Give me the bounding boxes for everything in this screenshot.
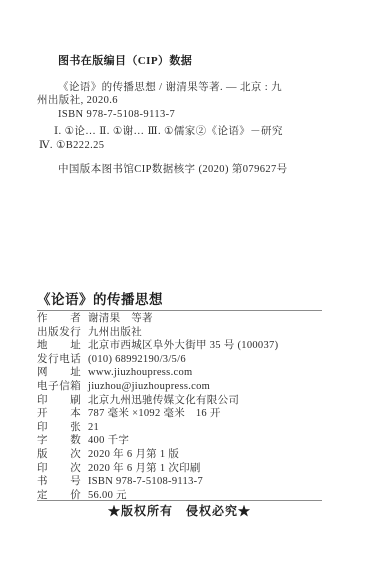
colophon-row-phone: 发行电话 (010) 68992190/3/5/6 [37,353,322,367]
colophon-row-label: 网址 [37,366,81,380]
colophon-row-label: 作者 [37,312,81,326]
colophon-row-value: 2020 年 6 月第 1 版 [88,448,322,462]
colophon-row-wordcount: 字数 400 千字 [37,434,322,448]
book-copyright-page: 图书在版编目（CIP）数据 《论语》的传播思想 / 谢清果等著. — 北京 : … [0,0,375,565]
colophon-row-value: 谢清果 等著 [88,312,322,326]
cip-data-block: 图书在版编目（CIP）数据 《论语》的传播思想 / 谢清果等著. — 北京 : … [37,55,325,177]
colophon-row-format: 开本 787 毫米 ×1092 毫米 16 开 [37,407,322,421]
colophon-row-value: www.jiuzhoupress.com [88,366,322,380]
copyright-notice: ★版权所有 侵权必究★ [37,504,322,519]
cip-entry-line-1: 《论语》的传播思想 / 谢清果等著. — 北京 : 九 [37,81,325,95]
colophon-row-email: 电子信箱 jiuzhou@jiuzhoupress.com [37,380,322,394]
colophon-row-value: 400 千字 [88,434,322,448]
colophon-row-value: jiuzhou@jiuzhoupress.com [88,380,322,394]
colophon-row-value: 北京九州迅驰传媒文化有限公司 [88,394,322,408]
colophon-row-edition: 版次 2020 年 6 月第 1 版 [37,448,322,462]
colophon-row-sheets: 印张 21 [37,421,322,435]
bottom-divider [37,500,322,501]
cip-classification-line-1: Ⅰ. ①论… Ⅱ. ①谢… Ⅲ. ①儒家②《论语》－研究 [37,125,325,139]
colophon-row-address: 地址 北京市西城区阜外大街甲 35 号 (100037) [37,339,322,353]
cip-isbn-line: ISBN 978-7-5108-9113-7 [37,108,325,122]
colophon-row-label: 印次 [37,462,81,476]
cip-heading: 图书在版编目（CIP）数据 [37,55,325,69]
colophon-row-website: 网址 www.jiuzhoupress.com [37,366,322,380]
colophon-row-label: 发行电话 [37,353,81,367]
colophon-row-publisher: 出版发行 九州出版社 [37,326,322,340]
cip-record-number-line: 中国版本图书馆CIP数据核字 (2020) 第079627号 [37,163,325,177]
cip-classification-line-2: Ⅳ. ①B222.25 [37,139,325,153]
colophon-row-printing: 印次 2020 年 6 月第 1 次印刷 [37,462,322,476]
colophon-row-label: 电子信箱 [37,380,81,394]
colophon-row-value: 北京市西城区阜外大街甲 35 号 (100037) [88,339,322,353]
colophon-row-isbn: 书号 ISBN 978-7-5108-9113-7 [37,475,322,489]
colophon-row-label: 印张 [37,421,81,435]
colophon-row-value: (010) 68992190/3/5/6 [88,353,322,367]
colophon-row-author: 作者 谢清果 等著 [37,312,322,326]
colophon-row-value: ISBN 978-7-5108-9113-7 [88,475,322,489]
colophon-row-label: 印刷 [37,394,81,408]
colophon-row-value: 21 [88,421,322,435]
colophon-row-value: 九州出版社 [88,326,322,340]
colophon-row-label: 字数 [37,434,81,448]
colophon-row-label: 出版发行 [37,326,81,340]
colophon-row-label: 开本 [37,407,81,421]
colophon-row-label: 地址 [37,339,81,353]
colophon-row-label: 版次 [37,448,81,462]
book-title: 《论语》的传播思想 [37,291,322,311]
cip-entry-line-2: 州出版社, 2020.6 [37,94,325,108]
colophon-row-value: 787 毫米 ×1092 毫米 16 开 [88,407,322,421]
colophon-row-value: 2020 年 6 月第 1 次印刷 [88,462,322,476]
colophon-row-label: 书号 [37,475,81,489]
colophon-row-printer: 印刷 北京九州迅驰传媒文化有限公司 [37,394,322,408]
colophon-info-table: 作者 谢清果 等著 出版发行 九州出版社 地址 北京市西城区阜外大街甲 35 号… [37,312,322,502]
